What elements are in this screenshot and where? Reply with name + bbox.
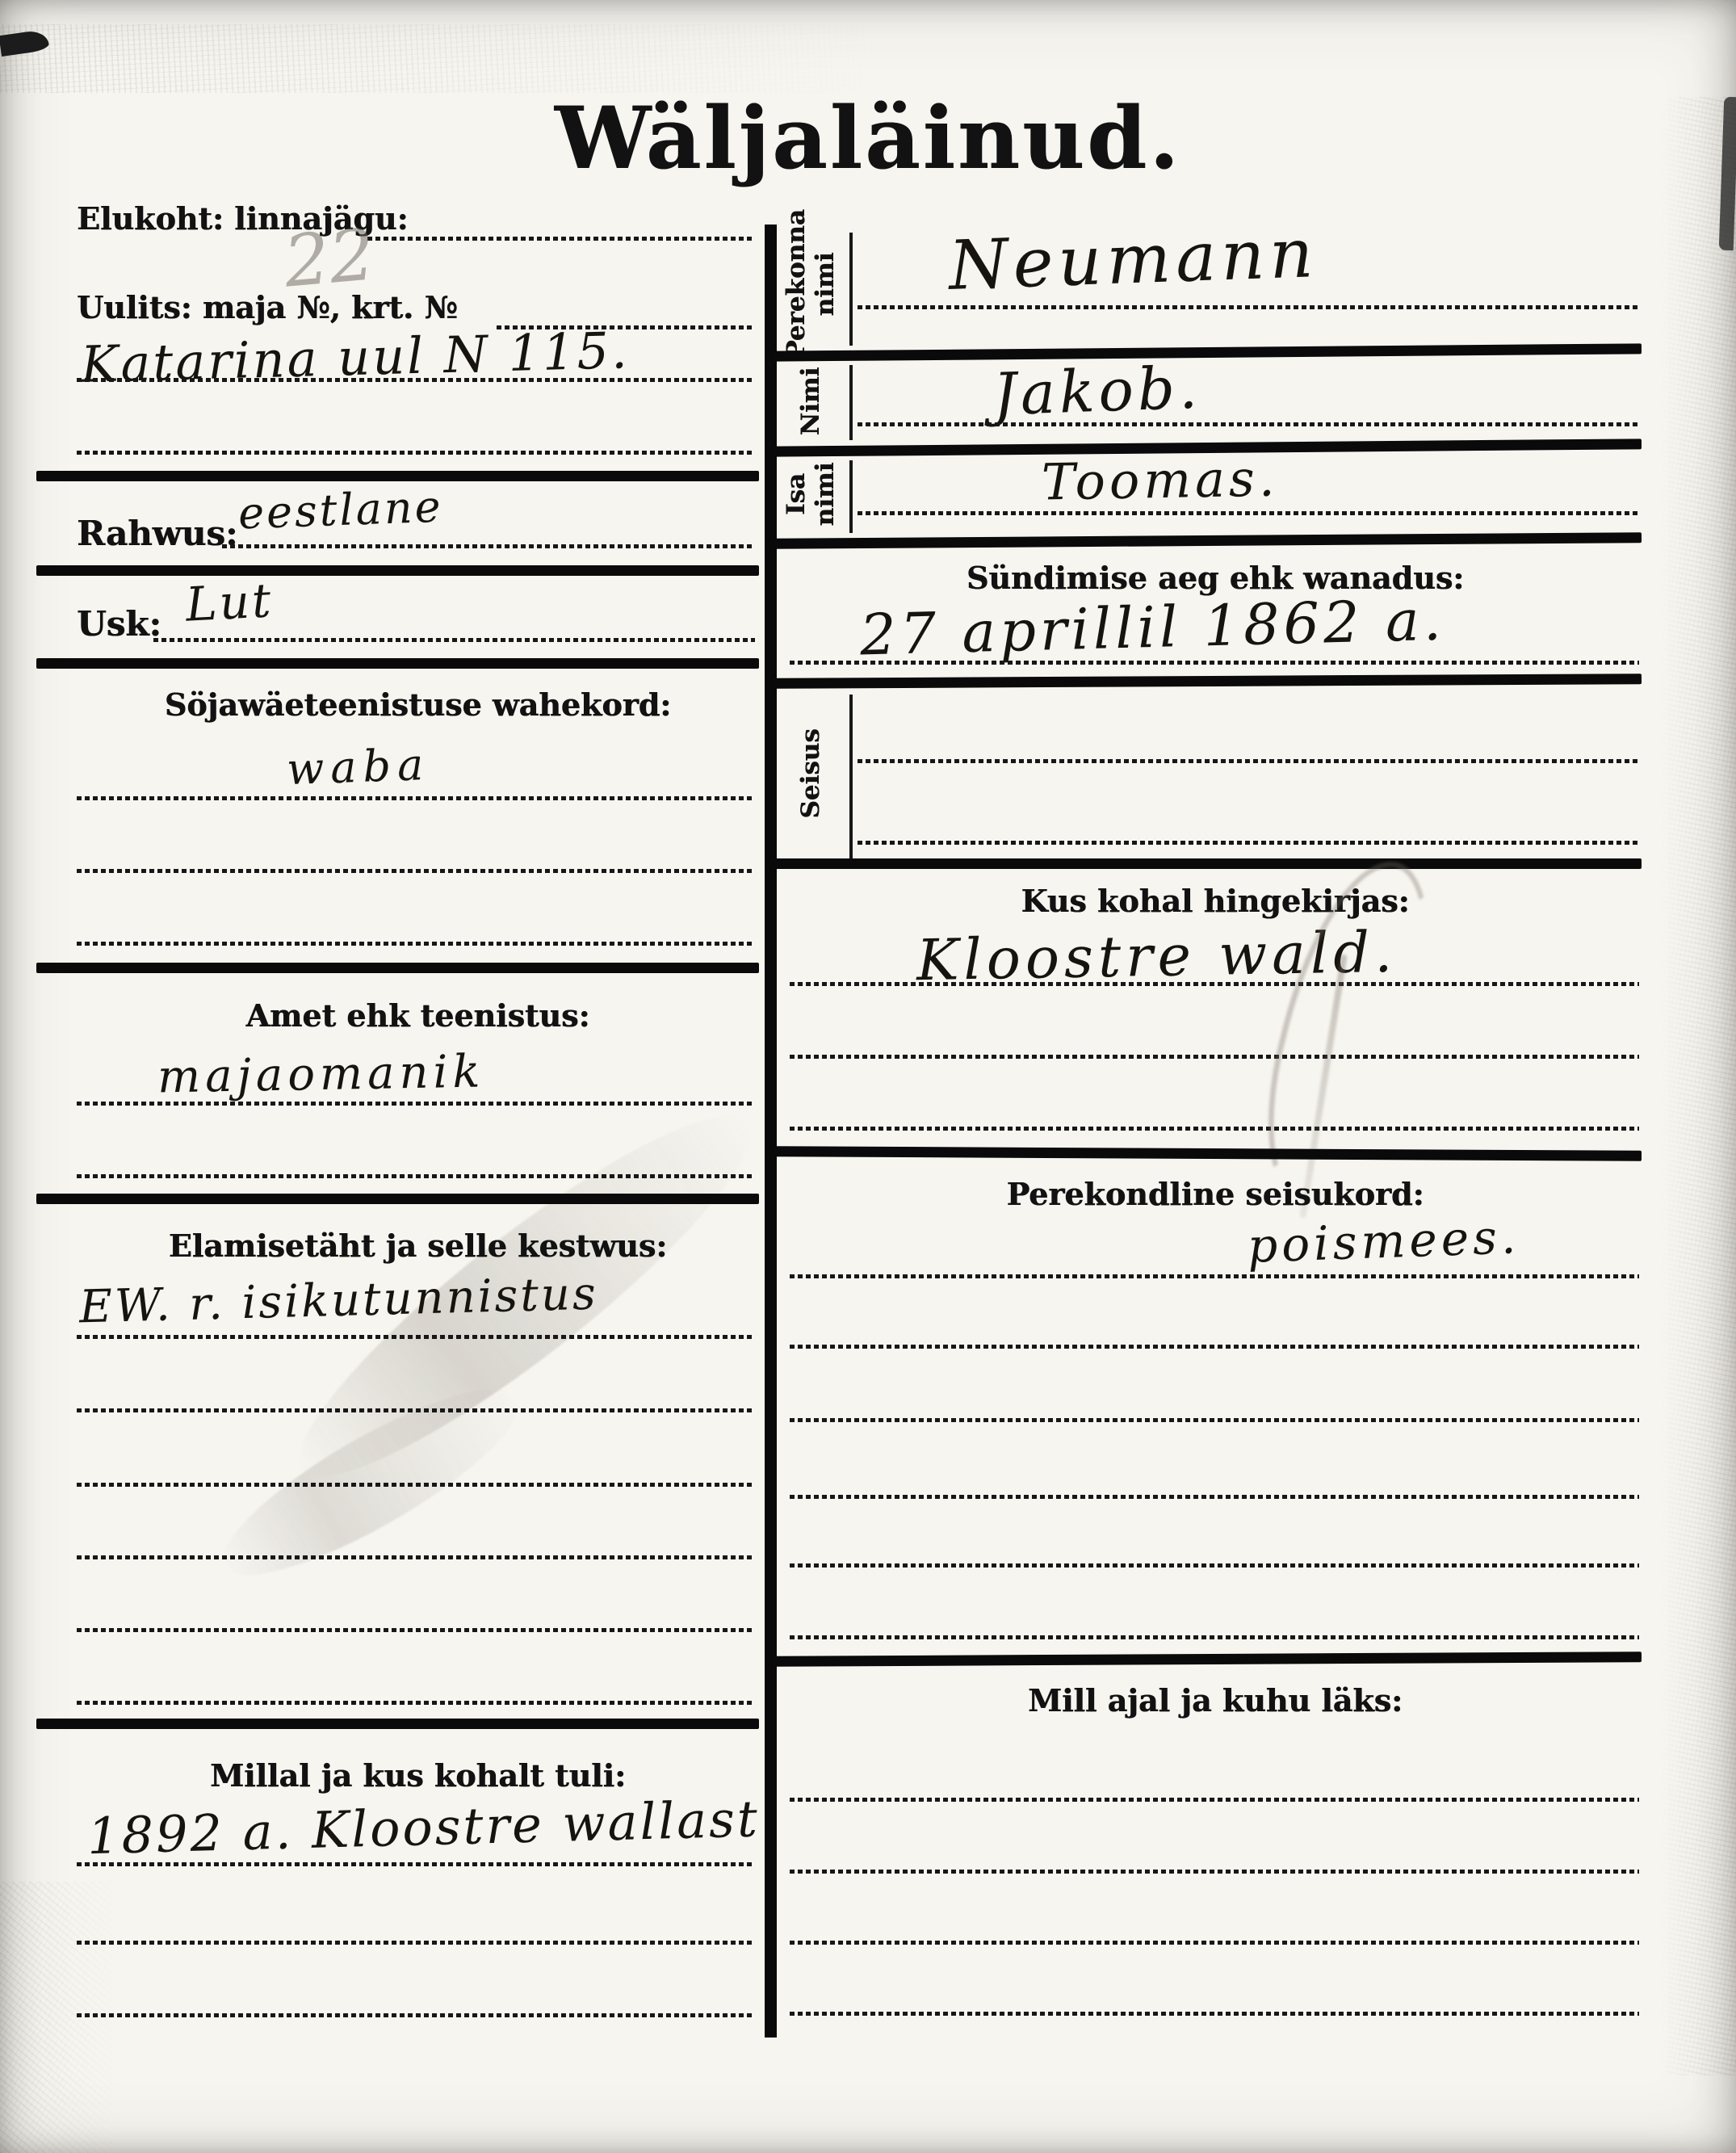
label-divider-line <box>849 233 853 346</box>
section-bar <box>36 565 759 576</box>
dotted-line <box>77 378 755 382</box>
dotted-line <box>77 451 755 455</box>
section-bar <box>774 343 1642 361</box>
street-label: Uulits: maja №, krt. № <box>77 289 458 325</box>
section-bar <box>36 963 759 973</box>
dotted-line <box>77 942 755 946</box>
dotted-line <box>790 1127 1639 1131</box>
dotted-line <box>77 869 755 873</box>
dotted-line <box>790 1495 1639 1499</box>
dotted-line <box>790 1345 1639 1349</box>
parish-register-heading: Kus kohal hingekirjas: <box>787 883 1643 919</box>
family-status-value: poismees. <box>1247 1209 1520 1274</box>
label-divider-line <box>849 695 853 862</box>
scan-texture-right-edge <box>1659 97 1736 2075</box>
first-name-value: Jakob. <box>992 354 1203 429</box>
dotted-line <box>77 1555 755 1559</box>
arrival-value: 1892 a. Kloostre wallast. <box>86 1789 778 1866</box>
dotted-line <box>77 1335 755 1339</box>
dotted-line <box>77 1628 755 1632</box>
residence-permit-heading: Elamisetäht ja selle kestwus: <box>77 1228 759 1264</box>
dotted-line <box>153 638 755 642</box>
dotted-line <box>790 1870 1639 1874</box>
section-bar <box>36 471 759 481</box>
dotted-line <box>790 1941 1639 1945</box>
dotted-line <box>77 1408 755 1412</box>
occupation-value: majaomanik <box>157 1045 484 1103</box>
section-bar <box>774 674 1642 689</box>
dotted-line <box>77 1941 755 1945</box>
birth-date-heading: Sündimise aeg ehk wanadus: <box>787 560 1643 596</box>
arrival-heading: Millal ja kus kohalt tuli: <box>77 1757 759 1794</box>
dotted-line <box>790 982 1639 986</box>
birth-date-value: 27 aprillil 1862 a. <box>859 587 1446 669</box>
nationality-value: eestlane <box>237 481 444 539</box>
address-value: Katarina uul N 115. <box>80 321 630 394</box>
dotted-line <box>77 1102 755 1106</box>
dotted-line <box>790 1055 1639 1059</box>
section-bar <box>774 1146 1642 1161</box>
father-name-label: Isa nimi <box>775 450 848 539</box>
section-bar <box>36 658 759 669</box>
label-divider-line <box>849 365 853 440</box>
religion-label: Usk: <box>77 604 161 644</box>
scan-texture-bottom-left <box>0 1882 121 2153</box>
occupation-heading: Amet ehk teenistus: <box>77 997 759 1034</box>
page-title: Wäljaläinud. <box>0 87 1736 188</box>
dotted-line <box>367 237 753 241</box>
scan-texture-top <box>0 24 888 93</box>
section-bar <box>774 1651 1642 1667</box>
status-label: Seisus <box>795 709 828 838</box>
dotted-line <box>858 305 1639 309</box>
dotted-line <box>222 544 755 548</box>
section-bar <box>36 1719 759 1729</box>
dotted-line <box>790 1635 1639 1639</box>
dotted-line <box>77 2013 755 2017</box>
departure-heading: Mill ajal ja kuhu läks: <box>787 1682 1643 1719</box>
dotted-line <box>858 422 1639 426</box>
label-divider-line <box>849 460 853 533</box>
surname-value: Neumann <box>947 213 1319 305</box>
dotted-line <box>790 661 1639 665</box>
dotted-line <box>77 1174 755 1178</box>
father-name-value: Toomas. <box>1041 448 1279 511</box>
section-bar <box>36 1194 759 1204</box>
dotted-line <box>858 759 1639 763</box>
dotted-line <box>77 1862 755 1866</box>
dotted-line <box>790 1798 1639 1802</box>
dotted-line <box>790 1274 1639 1278</box>
form-page: Wäljaläinud. Elukoht: linnajägu: 22 Uuli… <box>0 0 1736 2153</box>
dotted-line <box>77 1701 755 1705</box>
dotted-line <box>77 796 755 800</box>
dotted-line <box>790 2012 1639 2016</box>
dotted-line <box>77 1483 755 1487</box>
nationality-label: Rahwus: <box>77 514 237 553</box>
section-bar <box>774 858 1642 869</box>
military-service-value: waba <box>286 739 430 795</box>
dotted-line <box>790 1418 1639 1422</box>
section-bar <box>774 532 1642 549</box>
military-service-heading: Söjawäeteenistuse wahekord: <box>77 686 759 723</box>
dotted-line <box>858 511 1639 515</box>
surname-label: Perekonna nimi <box>775 212 848 357</box>
dotted-line <box>858 841 1639 845</box>
religion-value: Lut <box>184 573 275 632</box>
family-status-heading: Perekondline seisukord: <box>787 1176 1643 1212</box>
dotted-line <box>790 1563 1639 1568</box>
